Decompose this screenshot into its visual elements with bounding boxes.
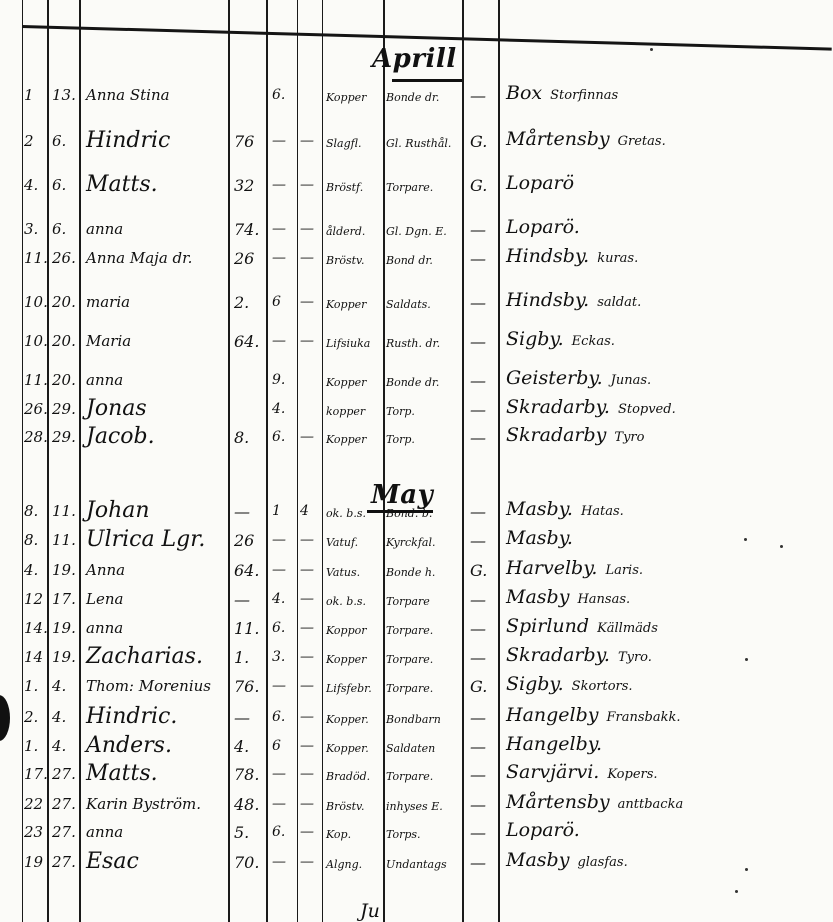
age-months: 6.: [272, 621, 285, 635]
mark: G.: [470, 178, 487, 194]
place-of-residence: Mårtensbyanttbacka: [506, 793, 683, 812]
age-years: 1.: [234, 650, 249, 666]
deceased-name: Zacharias.: [86, 646, 203, 668]
mark: G.: [470, 563, 487, 579]
mark: G.: [470, 679, 487, 695]
social-status: Torpare.: [386, 654, 433, 665]
death-day: 11.: [24, 251, 48, 266]
ink-blot: [0, 695, 10, 741]
village-name: Sigby.: [506, 328, 564, 350]
ruling-line: [22, 0, 23, 922]
social-status: Gl. Rusthål.: [386, 138, 451, 149]
age-months: 6: [272, 295, 281, 309]
death-day: 1: [24, 88, 34, 103]
social-status: Torpare.: [386, 182, 433, 193]
burial-day: 20.: [52, 373, 76, 388]
place-of-residence: Geisterby.Junas.: [506, 369, 651, 388]
place-of-residence: Masby.: [506, 529, 581, 548]
burial-day: 27.: [52, 797, 76, 812]
footer-partial-text: Ju: [360, 902, 380, 921]
deceased-name: Anders.: [86, 735, 172, 757]
cause-of-death: Bröstv.: [326, 255, 364, 266]
mark: —: [470, 825, 486, 841]
burial-day: 27.: [52, 767, 76, 782]
burial-day: 27.: [52, 825, 76, 840]
cause-of-death: ok. b.s.: [326, 508, 366, 519]
ink-speck: [745, 658, 748, 661]
ruling-line: [79, 0, 81, 922]
social-status: Torp.: [386, 434, 415, 445]
age-months: 6.: [272, 825, 285, 839]
social-status: Rusth. dr.: [386, 338, 440, 349]
age-years: —: [234, 592, 250, 608]
age-years: 5.: [234, 825, 249, 841]
age-years: 4.: [234, 739, 249, 755]
age-months: 6.: [272, 88, 285, 102]
burial-day: 6.: [52, 134, 66, 149]
mark: —: [470, 855, 486, 871]
deceased-name: anna: [86, 222, 123, 237]
deceased-name: Johan: [86, 500, 150, 522]
mark: G.: [470, 134, 487, 150]
deceased-name: Hindric: [86, 130, 170, 152]
farm-name: kuras.: [597, 251, 638, 266]
mark: —: [470, 767, 486, 783]
age-months: —: [272, 251, 286, 265]
age-years: 32: [234, 178, 254, 194]
deceased-name: Lena: [86, 592, 123, 607]
age-months: 6: [272, 739, 281, 753]
place-of-residence: Hindsby.kuras.: [506, 247, 638, 266]
village-name: Mårtensby: [506, 128, 610, 150]
age-years: 64.: [234, 334, 259, 350]
burial-day: 4.: [52, 739, 66, 754]
mark: —: [470, 88, 486, 104]
place-of-residence: BoxStorfinnas: [506, 84, 618, 103]
death-day: 10.: [24, 295, 48, 310]
age-days: —: [300, 533, 314, 547]
cause-of-death: Vatus.: [326, 567, 360, 578]
ink-speck: [744, 538, 747, 541]
burial-day: 13.: [52, 88, 76, 103]
farm-name: glasfas.: [577, 855, 627, 870]
age-years: 76: [234, 134, 254, 150]
ink-speck: [780, 545, 783, 548]
age-months: —: [272, 855, 286, 869]
cause-of-death: ålderd.: [326, 226, 365, 237]
village-name: Masby.: [506, 498, 573, 520]
age-years: 26: [234, 533, 254, 549]
age-years: 64.: [234, 563, 259, 579]
burial-day: 20.: [52, 295, 76, 310]
age-days: —: [300, 710, 314, 724]
ruling-line: [47, 0, 49, 922]
village-name: Masby.: [506, 527, 573, 549]
mark: —: [470, 650, 486, 666]
cause-of-death: Kopper: [326, 377, 366, 388]
village-name: Box: [506, 82, 542, 104]
deceased-name: anna: [86, 825, 123, 840]
age-days: —: [300, 334, 314, 348]
village-name: Harvelby.: [506, 557, 597, 579]
burial-day: 19.: [52, 563, 76, 578]
mark: —: [470, 402, 486, 418]
age-days: —: [300, 825, 314, 839]
death-day: 4.: [24, 563, 38, 578]
ruling-line: [266, 0, 268, 922]
month-heading-may: May: [371, 480, 433, 510]
place-of-residence: MårtensbyGretas.: [506, 130, 666, 149]
cause-of-death: Kopper: [326, 654, 366, 665]
ruling-line: [322, 0, 323, 922]
social-status: Torpare: [386, 596, 430, 607]
cause-of-death: Kopper: [326, 299, 366, 310]
cause-of-death: Kopper: [326, 434, 366, 445]
farm-name: Källmäds: [597, 621, 658, 636]
death-day: 23: [24, 825, 43, 840]
age-months: —: [272, 178, 286, 192]
age-days: —: [300, 563, 314, 577]
age-days: —: [300, 621, 314, 635]
cause-of-death: Lifsfebr.: [326, 683, 372, 694]
farm-name: Fransbakk.: [607, 710, 681, 725]
social-status: Saldats.: [386, 299, 431, 310]
burial-day: 11.: [52, 504, 76, 519]
month-underline: [392, 79, 462, 82]
cause-of-death: Kopper.: [326, 743, 369, 754]
death-day: 17.: [24, 767, 48, 782]
ruling-line: [383, 0, 385, 922]
age-years: 74.: [234, 222, 259, 238]
age-days: —: [300, 767, 314, 781]
age-months: —: [272, 797, 286, 811]
cause-of-death: Lifsiuka: [326, 338, 370, 349]
deceased-name: Jacob.: [86, 426, 155, 448]
deceased-name: Matts.: [86, 174, 158, 196]
mark: —: [470, 739, 486, 755]
mark: —: [470, 430, 486, 446]
death-day: 10.: [24, 334, 48, 349]
burial-day: 29.: [52, 430, 76, 445]
deceased-name: Hindric.: [86, 706, 177, 728]
cause-of-death: Koppor: [326, 625, 367, 636]
register-page: Aprill May 113.Anna Stina6.KopperBonde d…: [0, 0, 833, 922]
cause-of-death: ok. b.s.: [326, 596, 366, 607]
place-of-residence: Harvelby.Laris.: [506, 559, 643, 578]
age-months: 4.: [272, 402, 285, 416]
cause-of-death: Bröstf.: [326, 182, 363, 193]
age-years: 2.: [234, 295, 249, 311]
social-status: Torps.: [386, 829, 421, 840]
age-years: 8.: [234, 430, 249, 446]
farm-name: Skortors.: [572, 679, 633, 694]
burial-day: 19.: [52, 621, 76, 636]
ink-speck: [735, 890, 738, 893]
village-name: Geisterby.: [506, 367, 603, 389]
age-years: 48.: [234, 797, 259, 813]
place-of-residence: Loparö.: [506, 218, 588, 237]
mark: —: [470, 334, 486, 350]
cause-of-death: Kopper.: [326, 714, 369, 725]
burial-day: 4.: [52, 679, 66, 694]
place-of-residence: Loparö: [506, 174, 582, 193]
mark: —: [470, 592, 486, 608]
deceased-name: maria: [86, 295, 130, 310]
cause-of-death: kopper: [326, 406, 365, 417]
death-day: 8.: [24, 533, 38, 548]
place-of-residence: SkradarbyTyro: [506, 426, 644, 445]
social-status: Torpare.: [386, 771, 433, 782]
age-years: —: [234, 710, 250, 726]
death-day: 12: [24, 592, 43, 607]
burial-day: 6.: [52, 222, 66, 237]
village-name: Skradarby.: [506, 396, 610, 418]
farm-name: Tyro.: [618, 650, 652, 665]
cause-of-death: Vatuf.: [326, 537, 358, 548]
burial-day: 20.: [52, 334, 76, 349]
village-name: Spirlund: [506, 615, 589, 637]
mark: —: [470, 504, 486, 520]
mark: —: [470, 251, 486, 267]
farm-name: Stopved.: [618, 402, 676, 417]
deceased-name: Anna Maja dr.: [86, 251, 192, 266]
death-day: 4.: [24, 178, 38, 193]
age-months: —: [272, 767, 286, 781]
cause-of-death: Kop.: [326, 829, 351, 840]
village-name: Sarvjärvi.: [506, 761, 599, 783]
ruling-line: [462, 0, 464, 922]
place-of-residence: Skradarby.Stopved.: [506, 398, 676, 417]
place-of-residence: Loparö.: [506, 821, 588, 840]
village-name: Hangelby: [506, 704, 599, 726]
age-months: —: [272, 222, 286, 236]
death-day: 8.: [24, 504, 38, 519]
age-days: —: [300, 430, 314, 444]
farm-name: Gretas.: [618, 134, 666, 149]
death-day: 1.: [24, 739, 38, 754]
place-of-residence: Sarvjärvi.Kopers.: [506, 763, 658, 782]
village-name: Masby: [506, 849, 569, 871]
farm-name: Junas.: [611, 373, 652, 388]
deceased-name: Maria: [86, 334, 131, 349]
deceased-name: Matts.: [86, 763, 158, 785]
age-months: —: [272, 563, 286, 577]
age-days: —: [300, 650, 314, 664]
place-of-residence: Hangelby.: [506, 735, 610, 754]
village-name: Skradarby.: [506, 644, 610, 666]
farm-name: Hansas.: [577, 592, 630, 607]
burial-day: 4.: [52, 710, 66, 725]
age-years: 26: [234, 251, 254, 267]
age-days: —: [300, 739, 314, 753]
burial-day: 11.: [52, 533, 76, 548]
village-name: Skradarby: [506, 424, 606, 446]
mark: —: [470, 373, 486, 389]
mark: —: [470, 222, 486, 238]
mark: —: [470, 295, 486, 311]
ink-speck: [745, 868, 748, 871]
mark: —: [470, 621, 486, 637]
burial-day: 29.: [52, 402, 76, 417]
age-years: 11.: [234, 621, 259, 637]
burial-day: 26.: [52, 251, 76, 266]
farm-name: Eckas.: [572, 334, 615, 349]
age-days: —: [300, 679, 314, 693]
death-day: 11.: [24, 373, 48, 388]
age-months: 3.: [272, 650, 285, 664]
village-name: Loparö: [506, 172, 574, 194]
social-status: Bonde h.: [386, 567, 435, 578]
cause-of-death: Algng.: [326, 859, 362, 870]
death-day: 19: [24, 855, 43, 870]
age-months: —: [272, 134, 286, 148]
social-status: Bonde dr.: [386, 377, 439, 388]
farm-name: Hatas.: [581, 504, 624, 519]
deceased-name: Jonas: [86, 398, 147, 420]
age-years: 78.: [234, 767, 259, 783]
cause-of-death: Slagfl.: [326, 138, 362, 149]
age-years: 70.: [234, 855, 259, 871]
village-name: Hindsby.: [506, 245, 589, 267]
deceased-name: Thom: Morenius: [86, 679, 211, 694]
farm-name: Laris.: [605, 563, 643, 578]
death-day: 2.: [24, 710, 38, 725]
age-days: —: [300, 592, 314, 606]
burial-day: 27.: [52, 855, 76, 870]
place-of-residence: Sigby.Skortors.: [506, 675, 633, 694]
deceased-name: anna: [86, 621, 123, 636]
age-years: 76.: [234, 679, 259, 695]
ruling-line: [228, 0, 230, 922]
village-name: Masby: [506, 586, 569, 608]
age-days: —: [300, 178, 314, 192]
age-months: 9.: [272, 373, 285, 387]
death-day: 14.: [24, 621, 48, 636]
cause-of-death: Bradöd.: [326, 771, 370, 782]
village-name: Sigby.: [506, 673, 564, 695]
deceased-name: Karin Byström.: [86, 797, 201, 812]
age-days: —: [300, 134, 314, 148]
social-status: Bonde dr.: [386, 92, 439, 103]
mark: —: [470, 797, 486, 813]
farm-name: saldat.: [597, 295, 641, 310]
social-status: Torpare.: [386, 683, 433, 694]
village-name: Loparö.: [506, 819, 580, 841]
age-days: —: [300, 251, 314, 265]
social-status: Torpare.: [386, 625, 433, 636]
age-months: 4.: [272, 592, 285, 606]
social-status: inhyses E.: [386, 801, 443, 812]
deceased-name: Anna Stina: [86, 88, 170, 103]
ink-speck: [650, 48, 653, 51]
burial-day: 17.: [52, 592, 76, 607]
death-day: 28.: [24, 430, 48, 445]
death-day: 22: [24, 797, 43, 812]
social-status: Torp.: [386, 406, 415, 417]
cause-of-death: Bröstv.: [326, 801, 364, 812]
cause-of-death: Kopper: [326, 92, 366, 103]
death-day: 3.: [24, 222, 38, 237]
death-day: 2: [24, 134, 34, 149]
age-days: —: [300, 855, 314, 869]
deceased-name: Anna: [86, 563, 125, 578]
place-of-residence: SpirlundKällmäds: [506, 617, 658, 636]
social-status: Gl. Dgn. E.: [386, 226, 447, 237]
place-of-residence: Masby.Hatas.: [506, 500, 624, 519]
village-name: Hindsby.: [506, 289, 589, 311]
death-day: 26.: [24, 402, 48, 417]
age-days: —: [300, 797, 314, 811]
age-months: 6.: [272, 430, 285, 444]
social-status: Kyrckfal.: [386, 537, 435, 548]
deceased-name: Ulrica Lgr.: [86, 529, 205, 551]
social-status: Bondbarn: [386, 714, 441, 725]
age-months: —: [272, 533, 286, 547]
social-status: Saldaten: [386, 743, 435, 754]
ruling-line: [297, 0, 298, 922]
place-of-residence: Sigby.Eckas.: [506, 330, 615, 349]
death-day: 14: [24, 650, 43, 665]
farm-name: Tyro: [614, 430, 644, 445]
place-of-residence: HangelbyFransbakk.: [506, 706, 681, 725]
deceased-name: Esac: [86, 851, 139, 873]
age-years: —: [234, 504, 250, 520]
age-months: —: [272, 679, 286, 693]
village-name: Loparö.: [506, 216, 580, 238]
farm-name: Storfinnas: [550, 88, 618, 103]
social-status: Undantags: [386, 859, 447, 870]
age-months: 1: [272, 504, 281, 518]
mark: —: [470, 533, 486, 549]
burial-day: 19.: [52, 650, 76, 665]
age-months: —: [272, 334, 286, 348]
age-months: 6.: [272, 710, 285, 724]
age-days: —: [300, 222, 314, 236]
month-heading-april: Aprill: [372, 44, 457, 74]
place-of-residence: Masbyglasfas.: [506, 851, 628, 870]
social-status: Bond. b.: [386, 508, 432, 519]
village-name: Hangelby.: [506, 733, 602, 755]
farm-name: Kopers.: [607, 767, 657, 782]
burial-day: 6.: [52, 178, 66, 193]
deceased-name: anna: [86, 373, 123, 388]
place-of-residence: Hindsby.saldat.: [506, 291, 641, 310]
age-days: —: [300, 295, 314, 309]
death-day: 1.: [24, 679, 38, 694]
mark: —: [470, 710, 486, 726]
place-of-residence: Skradarby.Tyro.: [506, 646, 652, 665]
social-status: Bond dr.: [386, 255, 433, 266]
ruling-line: [498, 0, 500, 922]
age-days: 4: [300, 504, 309, 518]
village-name: Mårtensby: [506, 791, 610, 813]
farm-name: anttbacka: [618, 797, 684, 812]
place-of-residence: MasbyHansas.: [506, 588, 630, 607]
